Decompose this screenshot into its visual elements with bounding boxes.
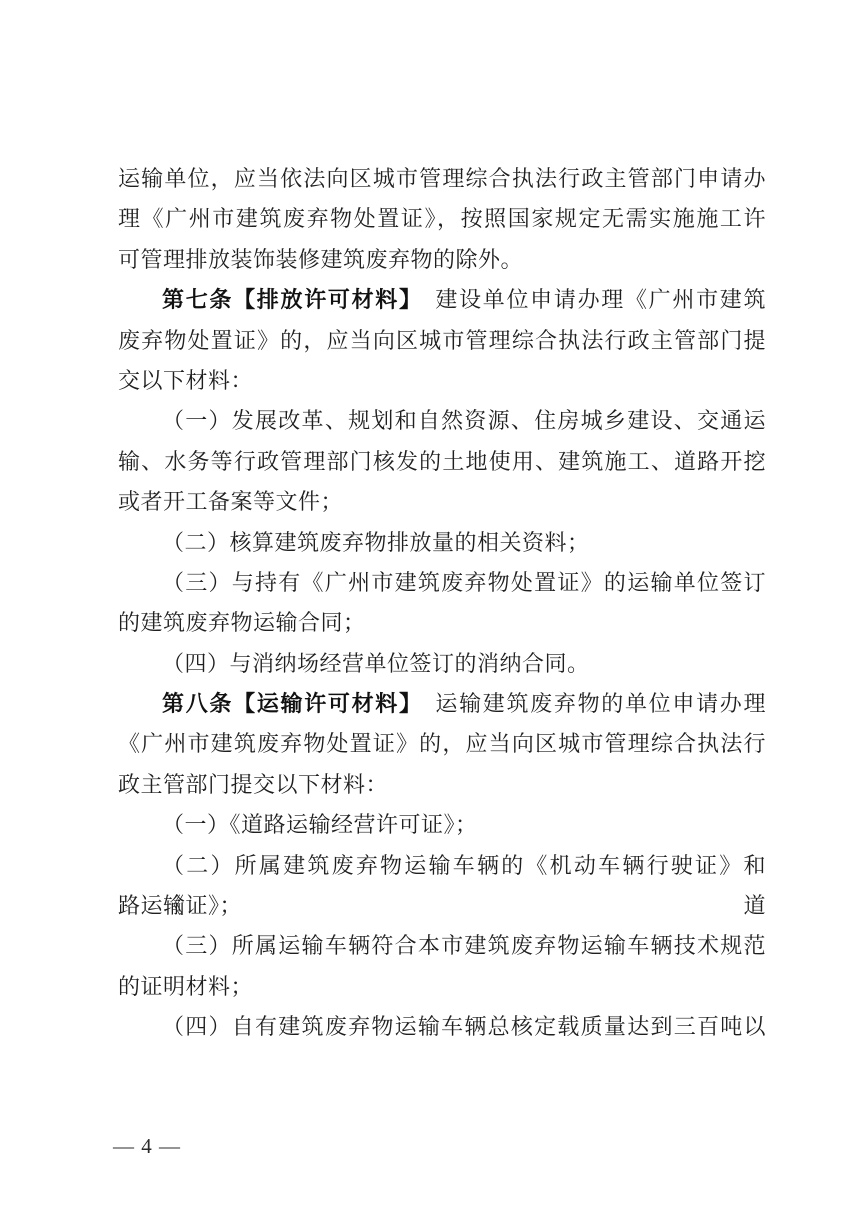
text-line: 的建筑废弃物运输合同；	[118, 603, 766, 643]
text-line: 交以下材料：	[118, 361, 766, 401]
text-run: （一）《道路运输经营许可证》；	[162, 812, 478, 837]
text-run: 理《广州市建筑废弃物处置证》，按照国家规定无需实施施工许	[118, 206, 766, 231]
text-line: 可管理排放装饰装修建筑废弃物的除外。	[118, 240, 766, 280]
text-run: 可管理排放装饰装修建筑废弃物的除外。	[118, 247, 523, 272]
text-line: 运输单位，应当依法向区城市管理综合执法行政主管部门申请办	[118, 159, 766, 199]
document-page: 运输单位，应当依法向区城市管理综合执法行政主管部门申请办理《广州市建筑废弃物处置…	[0, 0, 868, 1227]
text-line: 政主管部门提交以下材料：	[118, 765, 766, 805]
text-run: 政主管部门提交以下材料：	[118, 772, 388, 797]
text-run: 路运输证》；	[118, 893, 242, 918]
text-run: 《广州市建筑废弃物处置证》的，应当向区城市管理综合执法行	[118, 731, 766, 756]
text-line: 理《广州市建筑废弃物处置证》，按照国家规定无需实施施工许	[118, 199, 766, 239]
text-run: 的证明材料；	[118, 974, 253, 999]
text-line: （三）与持有《广州市建筑废弃物处置证》的运输单位签订	[118, 563, 766, 603]
text-run: （一）发展改革、规划和自然资源、住房城乡建设、交通运	[162, 408, 766, 433]
text-line: 输、水务等行政管理部门核发的土地使用、建筑施工、道路开挖	[118, 442, 766, 482]
text-run: （四）自有建筑废弃物运输车辆总核定载质量达到三百吨以	[162, 1014, 766, 1039]
text-run: 交以下材料：	[118, 368, 253, 393]
text-line: （四）自有建筑废弃物运输车辆总核定载质量达到三百吨以	[118, 1007, 766, 1047]
text-run: （二）核算建筑废弃物排放量的相关资料；	[162, 530, 590, 555]
text-run: 运输建筑废弃物的单位申请办理	[412, 691, 766, 716]
text-line: 第八条【运输许可材料】 运输建筑废弃物的单位申请办理	[118, 684, 766, 724]
text-line: 废弃物处置证》的，应当向区城市管理综合执法行政主管部门提	[118, 321, 766, 361]
text-run: 运输单位，应当依法向区城市管理综合执法行政主管部门申请办	[118, 166, 766, 191]
text-run: 输、水务等行政管理部门核发的土地使用、建筑施工、道路开挖	[118, 449, 766, 474]
text-line: （三）所属运输车辆符合本市建筑废弃物运输车辆技术规范	[118, 926, 766, 966]
text-run: 建设单位申请办理《广州市建筑	[412, 287, 766, 312]
text-line: （四）与消纳场经营单位签订的消纳合同。	[118, 644, 766, 684]
text-run: 或者开工备案等文件；	[118, 489, 343, 514]
text-line: 第七条【排放许可材料】 建设单位申请办理《广州市建筑	[118, 280, 766, 320]
text-run: （二）所属建筑废弃物运输车辆的《机动车辆行驶证》和《道	[162, 853, 766, 918]
text-line: 《广州市建筑废弃物处置证》的，应当向区城市管理综合执法行	[118, 724, 766, 764]
text-line: 或者开工备案等文件；	[118, 482, 766, 522]
text-run: （三）与持有《广州市建筑废弃物处置证》的运输单位签订	[162, 570, 766, 595]
page-number: — 4 —	[113, 1133, 181, 1159]
text-line: （二）所属建筑废弃物运输车辆的《机动车辆行驶证》和《道	[118, 846, 766, 886]
text-run: 的建筑废弃物运输合同；	[118, 610, 366, 635]
text-line: 的证明材料；	[118, 967, 766, 1007]
text-line: （一）《道路运输经营许可证》；	[118, 805, 766, 845]
article-heading: 第七条【排放许可材料】	[162, 287, 412, 312]
text-run: （四）与消纳场经营单位签订的消纳合同。	[162, 651, 590, 676]
document-body: 运输单位，应当依法向区城市管理综合执法行政主管部门申请办理《广州市建筑废弃物处置…	[118, 159, 766, 1048]
text-run: 废弃物处置证》的，应当向区城市管理综合执法行政主管部门提	[118, 328, 766, 353]
text-run: （三）所属运输车辆符合本市建筑废弃物运输车辆技术规范	[162, 933, 766, 958]
text-line: （二）核算建筑废弃物排放量的相关资料；	[118, 523, 766, 563]
text-line: （一）发展改革、规划和自然资源、住房城乡建设、交通运	[118, 401, 766, 441]
article-heading: 第八条【运输许可材料】	[162, 691, 412, 716]
